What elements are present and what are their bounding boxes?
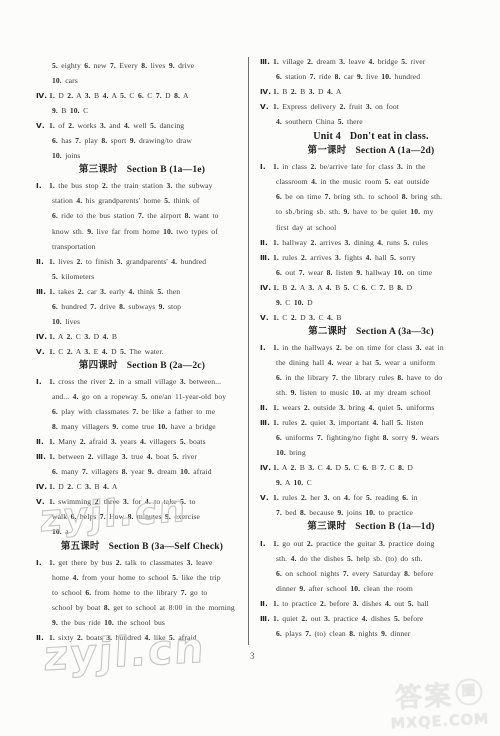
answer-line: Ⅰ.1. get there by bus 2. talk to classma… xyxy=(36,555,248,570)
answer-line: Ⅰ.1. the bus stop 2. the train station 3… xyxy=(36,178,248,193)
exercise-roman-numeral: Ⅴ. xyxy=(260,310,273,325)
exercise-roman-numeral: Ⅲ. xyxy=(36,284,49,299)
answer-text: 6. in the library 7. the library rules 8… xyxy=(276,373,442,382)
answer-line: Ⅴ.1. of 2. works 3. and 4. well 5. danci… xyxy=(36,118,248,133)
answer-line: 6. uniforms 7. fighting/no fight 8. sorr… xyxy=(260,430,482,445)
answer-text: 1. rules 2. arrives 3. fights 4. hall 5.… xyxy=(273,253,416,262)
exercise-roman-numeral: Ⅰ. xyxy=(36,178,49,193)
answer-text: 1. B 2. B 3. D 4. A xyxy=(273,87,342,96)
answer-line: 6. out 7. wear 8. listen 9. hallway 10. … xyxy=(260,265,482,280)
exercise-roman-numeral: Ⅱ. xyxy=(260,400,273,415)
answer-line: Ⅴ.1. swimming 2. three 3. for 4. to take… xyxy=(36,494,248,509)
answer-text: 5. kilometers xyxy=(52,272,94,281)
answer-column-right: Ⅲ.1. village 2. dream 3. leave 4. bridge… xyxy=(260,54,482,641)
answer-text: and... 4. go on a ropeway 5. one/an 11-y… xyxy=(52,392,226,401)
title-section: Section B (1a—1d) xyxy=(355,522,434,532)
exercise-roman-numeral: Ⅴ. xyxy=(260,490,273,505)
exercise-roman-numeral: Ⅲ. xyxy=(260,611,273,626)
exercise-roman-numeral: Ⅱ. xyxy=(36,630,49,645)
title-label: 第一课时 xyxy=(308,146,347,156)
answer-line: Ⅴ.1. C 2. A 3. E 4. D 5. The water. xyxy=(36,344,248,359)
answer-text: 6. ride to the bus station 7. the airpor… xyxy=(52,211,219,220)
answer-line: Ⅲ.1. quiet 2. out 3. practice 4. dishes … xyxy=(260,611,482,626)
answer-line: sth. 9. listen to music 10. at my dream … xyxy=(260,385,482,400)
answer-text: 1. between 2. village 3. true 4. boat 5.… xyxy=(49,452,197,461)
exercise-roman-numeral: Ⅱ. xyxy=(260,596,273,611)
exercise-roman-numeral: Ⅳ. xyxy=(260,280,273,295)
answer-text: 6. out 7. wear 8. listen 9. hallway 10. … xyxy=(276,268,432,277)
answer-line: 4. southern China 5. there xyxy=(260,114,482,129)
answer-line: 6. play with classmates 7. be like a fat… xyxy=(36,404,248,419)
answer-text: 1. lives 2. to finish 3. grandparents' 4… xyxy=(49,257,206,266)
answer-book-page: 5. eighty 6. new 7. Every 8. lives 9. dr… xyxy=(0,0,500,736)
answer-text: sth. 4. do the dishes 5. help sb. (to) d… xyxy=(276,554,423,563)
answer-text: 6. has 7. play 8. sport 9. drawing/to dr… xyxy=(52,136,192,145)
answer-line: 10. cars xyxy=(36,73,248,88)
answer-line: home 4. from your home to school 5. like… xyxy=(36,570,248,585)
answer-text: 1. sixty 2. boats 3. hundred 4. like 5. … xyxy=(49,633,197,642)
answer-text: 6. be on time 7. bring sth. to school 8.… xyxy=(276,192,442,201)
exercise-roman-numeral: Ⅰ. xyxy=(260,340,273,355)
exercise-roman-numeral: Ⅳ. xyxy=(36,329,49,344)
answer-line: 9. B 10. C xyxy=(36,103,248,118)
answer-text: 1. to practice 2. before 3. dishes 4. ou… xyxy=(273,599,429,608)
answer-line: 9. C 10. D xyxy=(260,295,482,310)
answer-text: 1. village 2. dream 3. leave 4. bridge 5… xyxy=(273,57,425,66)
answer-line: classroom 4. in the music room 5. eat ou… xyxy=(260,174,482,189)
title-label: 第五课时 xyxy=(61,542,100,552)
exercise-roman-numeral: Ⅰ. xyxy=(260,536,273,551)
answer-line: 6. station 7. ride 8. car 9. live 10. hu… xyxy=(260,69,482,84)
answer-line: Ⅲ.1. rules 2. quiet 3. important 4. hall… xyxy=(260,415,482,430)
answer-line: Ⅰ.1. go out 2. practice the guitar 3. pr… xyxy=(260,536,482,551)
answer-line: 6. in the library 7. the library rules 8… xyxy=(260,370,482,385)
answer-line: Ⅱ.1. lives 2. to finish 3. grandparents'… xyxy=(36,254,248,269)
lesson-title: 第一课时Section A (1a—2d) xyxy=(260,144,482,159)
answer-text: to sb./bring sb. sth. 9. have to be quie… xyxy=(276,207,433,216)
title-label: Unit 4 xyxy=(313,131,341,142)
answer-line: Ⅴ.1. rules 2. her 3. on 4. for 5. readin… xyxy=(260,490,482,505)
answer-text: 9. the bus ride 10. the school bus xyxy=(52,618,165,627)
answer-line: 6. has 7. play 8. sport 9. drawing/to dr… xyxy=(36,133,248,148)
answer-line: Ⅲ.1. between 2. village 3. true 4. boat … xyxy=(36,449,248,464)
answer-line: 10. joins xyxy=(36,148,248,163)
answer-text: dinner 9. after school 10. clean the roo… xyxy=(276,584,413,593)
exercise-roman-numeral: Ⅲ. xyxy=(260,415,273,430)
answer-line: Ⅱ.1. Many 2. afraid 3. years 4. villager… xyxy=(36,434,248,449)
answer-line: 6. plays 7. (to) clean 8. nights 9. dinn… xyxy=(260,626,482,641)
answer-text: 1. D 2. A 3. B 4. A 5. C 6. C 7. D 8. A xyxy=(49,91,189,100)
answer-line: 9. the bus ride 10. the school bus xyxy=(36,615,248,630)
answer-line: Ⅳ.1. D 2. A 3. B 4. A 5. C 6. C 7. D 8. … xyxy=(36,88,248,103)
exercise-roman-numeral: Ⅳ. xyxy=(36,479,49,494)
answer-text: home 4. from your home to school 5. like… xyxy=(52,573,221,582)
answer-line: 6. ride to the bus station 7. the airpor… xyxy=(36,208,248,223)
answer-line: transportation xyxy=(36,239,248,254)
title-label: 第四课时 xyxy=(79,361,118,371)
answer-line: 6. be on time 7. bring sth. to school 8.… xyxy=(260,189,482,204)
answer-text: 1. swimming 2. three 3. for 4. to take 5… xyxy=(49,497,196,506)
answer-text: 10. bring xyxy=(276,448,306,457)
answer-text: 1. hallway 2. arrives 3. dining 4. runs … xyxy=(273,238,428,247)
answer-text: 6. plays 7. (to) clean 8. nights 9. dinn… xyxy=(276,629,410,638)
answer-text: 1. quiet 2. out 3. practice 4. dishes 5.… xyxy=(273,614,423,623)
exercise-roman-numeral: Ⅲ. xyxy=(260,250,273,265)
title-section: Don't eat in class. xyxy=(350,131,429,142)
answer-line: Ⅰ.1. in class 2. be/arrive late for clas… xyxy=(260,159,482,174)
title-label: 第三课时 xyxy=(307,522,346,532)
exercise-roman-numeral: Ⅱ. xyxy=(260,235,273,250)
answer-line: 8. many villagers 9. come true 10. have … xyxy=(36,419,248,434)
answer-line: 10. a xyxy=(36,524,248,539)
answer-text: sth. 9. listen to music 10. at my dream … xyxy=(276,388,431,397)
answer-text: 1. in the hallways 2. be on time for cla… xyxy=(273,343,444,352)
title-section: Section B (1a—1e) xyxy=(127,165,205,175)
answer-line: 5. kilometers xyxy=(36,269,248,284)
column-divider xyxy=(248,57,249,645)
answer-line: Ⅲ.1. village 2. dream 3. leave 4. bridge… xyxy=(260,54,482,69)
answer-text: 7. bed 8. because 9. joins 10. to practi… xyxy=(276,508,413,517)
answer-text: know sth. 9. live far from home 10. two … xyxy=(52,227,218,236)
answer-text: 6. hundred 7. drive 8. subways 9. stop xyxy=(52,302,181,311)
exercise-roman-numeral: Ⅴ. xyxy=(36,494,49,509)
answer-text: walk 6. helps 7. How 8. minutes 9. exerc… xyxy=(52,512,200,521)
answer-line: the dining hall 4. wear a hat 5. wear a … xyxy=(260,355,482,370)
lesson-title: 第三课时Section B (1a—1d) xyxy=(260,520,482,535)
answer-line: to sb./bring sb. sth. 9. have to be quie… xyxy=(260,204,482,219)
answer-line: Ⅲ.1. rules 2. arrives 3. fights 4. hall … xyxy=(260,250,482,265)
title-section: Section A (1a—2d) xyxy=(355,146,434,156)
answer-text: 6. on school nights 7. every Saturday 8.… xyxy=(276,569,433,578)
answer-text: 1. rules 2. quiet 3. important 4. hall 5… xyxy=(273,418,423,427)
exercise-roman-numeral: Ⅱ. xyxy=(36,434,49,449)
answer-text: station 4. his grandparents' home 5. thi… xyxy=(52,196,200,205)
answer-line: Ⅳ.1. A 2. B 3. C 4. D 5. C 6. B 7. C 8. … xyxy=(260,460,482,475)
answer-line: Ⅱ.1. wears 2. outside 3. bring 4. quiet … xyxy=(260,400,482,415)
answer-line: Ⅲ.1. takes 2. car 3. early 4. think 5. t… xyxy=(36,284,248,299)
answer-text: 1. D 2. C 3. B 4. A xyxy=(49,482,118,491)
answer-line: 7. bed 8. because 9. joins 10. to practi… xyxy=(260,505,482,520)
answer-text: 1. wears 2. outside 3. bring 4. quiet 5.… xyxy=(273,403,434,412)
answer-text: 1. B 2. A 3. A 4. B 5. C 6. C 7. B 8. D xyxy=(273,283,412,292)
answer-text: 1. A 2. B 3. C 4. D 5. C 6. B 7. C 8. D xyxy=(273,463,413,472)
watermark-mxqe-circled-char: 圈 xyxy=(454,678,482,706)
answer-text: 1. C 2. D 3. C 4. B xyxy=(273,313,342,322)
exercise-roman-numeral: Ⅴ. xyxy=(260,99,273,114)
title-section: Section A (3a—3c) xyxy=(356,327,434,337)
answer-text: 10. lives xyxy=(52,317,80,326)
answer-line: Ⅰ.1. in the hallways 2. be on time for c… xyxy=(260,340,482,355)
exercise-roman-numeral: Ⅳ. xyxy=(260,84,273,99)
answer-text: 1. A 2. C 3. D 4. B xyxy=(49,332,117,341)
answer-text: the dining hall 4. wear a hat 5. wear a … xyxy=(276,358,435,367)
answer-text: 10. cars xyxy=(52,76,78,85)
answer-text: transportation xyxy=(52,242,96,251)
answer-text: classroom 4. in the music room 5. eat ou… xyxy=(276,177,429,186)
answer-line: Ⅴ.1. C 2. D 3. C 4. B xyxy=(260,310,482,325)
answer-line: Ⅳ.1. D 2. C 3. B 4. A xyxy=(36,479,248,494)
answer-text: 1. cross the river 2. in a small village… xyxy=(49,377,221,386)
answer-text: 8. many villagers 9. come true 10. have … xyxy=(52,422,216,431)
title-section: Section B (3a—Self Check) xyxy=(109,542,224,552)
answer-text: 1. get there by bus 2. talk to classmate… xyxy=(49,558,213,567)
answer-column-left: 5. eighty 6. new 7. Every 8. lives 9. dr… xyxy=(36,58,248,645)
lesson-title: 第五课时Section B (3a—Self Check) xyxy=(36,540,248,555)
answer-line: to school 6. from home to the library 7.… xyxy=(36,585,248,600)
answer-line: 6. on school nights 7. every Saturday 8.… xyxy=(260,566,482,581)
answer-text: 6. many 7. villagers 8. year 9. dream 10… xyxy=(52,467,212,476)
watermark-mxqe-domain: MXQE.COM xyxy=(385,711,496,733)
exercise-roman-numeral: Ⅱ. xyxy=(36,254,49,269)
exercise-roman-numeral: Ⅰ. xyxy=(36,374,49,389)
answer-text: 1. C 2. A 3. E 4. D 5. The water. xyxy=(49,347,164,356)
answer-line: school by boat 8. get to school at 8:00 … xyxy=(36,600,248,615)
answer-line: 9. A 10. C xyxy=(260,475,482,490)
watermark-mxqe-name: 答案圈 xyxy=(383,671,495,716)
answer-line: Ⅳ.1. B 2. A 3. A 4. B 5. C 6. C 7. B 8. … xyxy=(260,280,482,295)
lesson-title: 第二课时Section A (3a—3c) xyxy=(260,325,482,340)
answer-text: to school 6. from home to the library 7.… xyxy=(52,588,207,597)
lesson-title: 第四课时Section B (2a—2c) xyxy=(36,359,248,374)
answer-line: Ⅱ.1. sixty 2. boats 3. hundred 4. like 5… xyxy=(36,630,248,645)
answer-text: 9. C 10. D xyxy=(276,298,313,307)
watermark-mxqe-logo: 答案圈 MXQE.COM xyxy=(383,671,496,733)
exercise-roman-numeral: Ⅲ. xyxy=(260,54,273,69)
title-label: 第三课时 xyxy=(79,165,118,175)
answer-text: 1. takes 2. car 3. early 4. think 5. the… xyxy=(49,287,180,296)
answer-text: 1. Many 2. afraid 3. years 4. villagers … xyxy=(49,437,206,446)
exercise-roman-numeral: Ⅳ. xyxy=(260,460,273,475)
answer-line: station 4. his grandparents' home 5. thi… xyxy=(36,193,248,208)
answer-line: Ⅱ.1. hallway 2. arrives 3. dining 4. run… xyxy=(260,235,482,250)
answer-text: 9. A 10. C xyxy=(276,478,312,487)
answer-line: 10. bring xyxy=(260,445,482,460)
answer-text: 1. in class 2. be/arrive late for class … xyxy=(273,162,425,171)
answer-text: 1. go out 2. practice the guitar 3. prac… xyxy=(273,539,434,548)
answer-line: Ⅱ.1. to practice 2. before 3. dishes 4. … xyxy=(260,596,482,611)
answer-text: 4. southern China 5. there xyxy=(276,117,363,126)
answer-text: 1. rules 2. her 3. on 4. for 5. reading … xyxy=(273,493,418,502)
answer-text: 9. B 10. C xyxy=(52,106,88,115)
exercise-roman-numeral: Ⅳ. xyxy=(36,88,49,103)
answer-line: first day at school xyxy=(260,220,482,235)
answer-text: 5. eighty 6. new 7. Every 8. lives 9. dr… xyxy=(52,61,194,70)
answer-line: Ⅰ.1. cross the river 2. in a small villa… xyxy=(36,374,248,389)
answer-line: know sth. 9. live far from home 10. two … xyxy=(36,224,248,239)
exercise-roman-numeral: Ⅴ. xyxy=(36,344,49,359)
answer-line: and... 4. go on a ropeway 5. one/an 11-y… xyxy=(36,389,248,404)
exercise-roman-numeral: Ⅲ. xyxy=(36,449,49,464)
answer-text: 6. play with classmates 7. be like a fat… xyxy=(52,407,215,416)
answer-line: Ⅴ.1. Express delivery 2. fruit 3. on foo… xyxy=(260,99,482,114)
exercise-roman-numeral: Ⅴ. xyxy=(36,118,49,133)
answer-text: 10. joins xyxy=(52,151,80,160)
answer-line: Ⅳ.1. A 2. C 3. D 4. B xyxy=(36,329,248,344)
answer-text: 1. of 2. works 3. and 4. well 5. dancing xyxy=(49,121,184,130)
answer-text: 1. the bus stop 2. the train station 3. … xyxy=(49,181,213,190)
answer-line: 5. eighty 6. new 7. Every 8. lives 9. dr… xyxy=(36,58,248,73)
answer-text: first day at school xyxy=(276,223,336,232)
page-number: 3 xyxy=(250,651,255,661)
unit-title: Unit 4Don't eat in class. xyxy=(260,129,482,144)
answer-line: dinner 9. after school 10. clean the roo… xyxy=(260,581,482,596)
title-section: Section B (2a—2c) xyxy=(127,361,205,371)
answer-text: 6. uniforms 7. fighting/no fight 8. sorr… xyxy=(276,433,439,442)
answer-line: 10. lives xyxy=(36,314,248,329)
title-label: 第二课时 xyxy=(308,327,347,337)
exercise-roman-numeral: Ⅰ. xyxy=(260,159,273,174)
exercise-roman-numeral: Ⅰ. xyxy=(36,555,49,570)
answer-line: Ⅳ.1. B 2. B 3. D 4. A xyxy=(260,84,482,99)
answer-line: walk 6. helps 7. How 8. minutes 9. exerc… xyxy=(36,509,248,524)
answer-line: 6. hundred 7. drive 8. subways 9. stop xyxy=(36,299,248,314)
answer-text: 1. Express delivery 2. fruit 3. on foot xyxy=(273,102,399,111)
answer-line: 6. many 7. villagers 8. year 9. dream 10… xyxy=(36,464,248,479)
answer-text: school by boat 8. get to school at 8:00 … xyxy=(52,603,235,612)
answer-text: 10. a xyxy=(52,527,69,536)
answer-text: 6. station 7. ride 8. car 9. live 10. hu… xyxy=(276,72,420,81)
lesson-title: 第三课时Section B (1a—1e) xyxy=(36,163,248,178)
watermark-mxqe-prefix: 答案 xyxy=(394,680,454,714)
answer-line: sth. 4. do the dishes 5. help sb. (to) d… xyxy=(260,551,482,566)
